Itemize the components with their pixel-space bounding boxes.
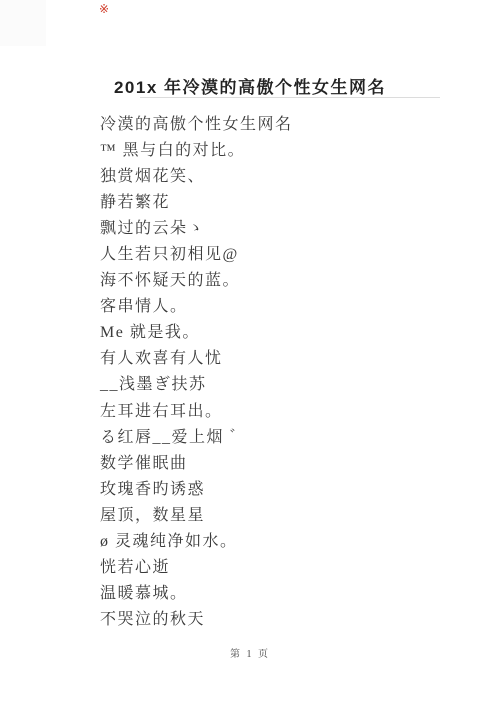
list-item: る红唇__爱上烟 ゛: [100, 422, 470, 448]
list-item: Me 就是我。: [100, 318, 470, 344]
list-item: 数学催眠曲: [100, 448, 470, 474]
list-item: 玫瑰香旳诱惑: [100, 474, 470, 500]
list-item: 海不怀疑天的蓝。: [100, 266, 470, 292]
list-item: 客串情人。: [100, 292, 470, 318]
list-item: 有人欢喜有人忧: [100, 344, 470, 370]
nickname-list: 冷漠的高傲个性女生网名™ 黑与白的对比。独赏烟花笑、静若繁花飘过的云朵ゝ人生若只…: [100, 109, 470, 631]
corner-shade: [0, 0, 46, 46]
document-page: ※ 201x 年冷漠的高傲个性女生网名 冷漠的高傲个性女生网名™ 黑与白的对比。…: [0, 0, 500, 708]
red-stamp-icon: ※: [99, 3, 109, 15]
list-item: 冷漠的高傲个性女生网名: [100, 109, 470, 135]
list-item: 人生若只初相见@: [100, 239, 470, 265]
list-item: 不哭泣的秋天: [100, 605, 470, 631]
list-item: ø 灵魂纯净如水。: [100, 527, 470, 553]
list-item: 静若繁花: [100, 187, 470, 213]
title-divider: [140, 97, 440, 98]
list-item: 屋顶，数星星: [100, 500, 470, 526]
list-item: 温暖慕城。: [100, 579, 470, 605]
list-item: ™ 黑与白的对比。: [100, 135, 470, 161]
list-item: 飘过的云朵ゝ: [100, 213, 470, 239]
list-item: 独赏烟花笑、: [100, 161, 470, 187]
list-item: __浅墨ぎ扶苏: [100, 370, 470, 396]
page-number-footer: 第 1 页: [0, 645, 500, 660]
page-title: 201x 年冷漠的高傲个性女生网名: [0, 73, 500, 98]
list-item: 恍若心逝: [100, 553, 470, 579]
list-item: 左耳进右耳出。: [100, 396, 470, 422]
